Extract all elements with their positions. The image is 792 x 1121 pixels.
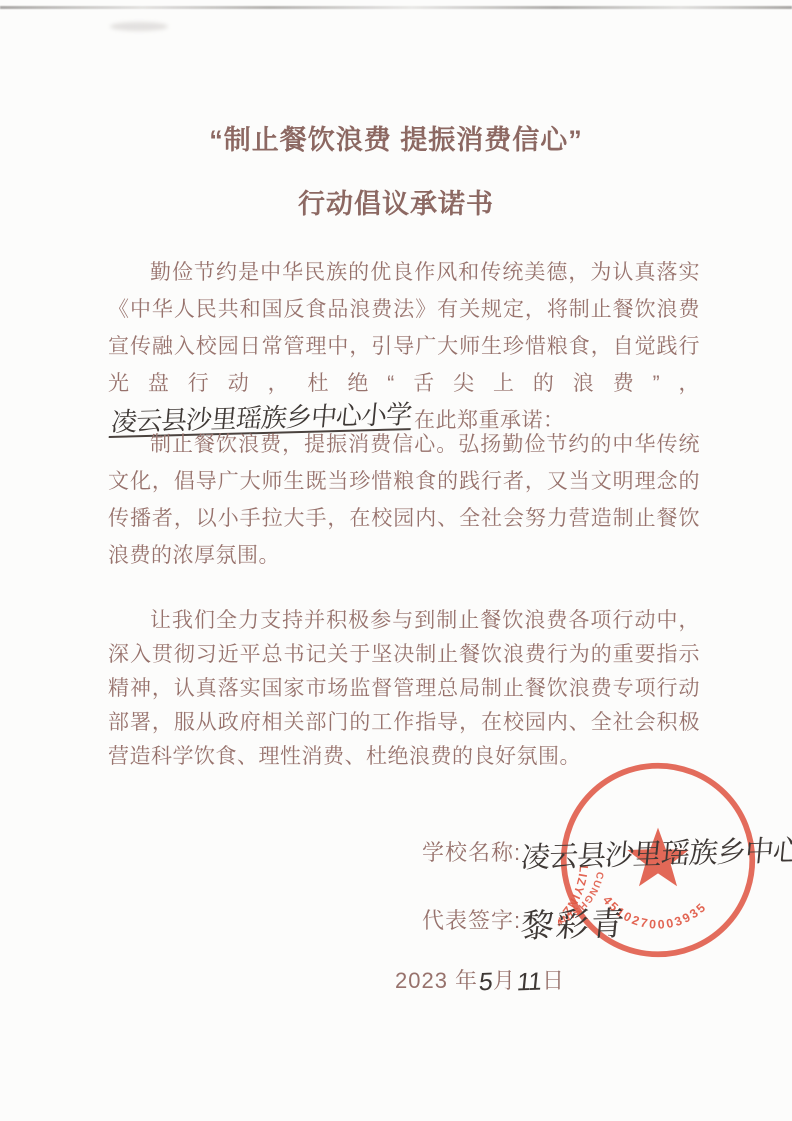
handwritten-school-name-signature: 凌云县沙里瑶族乡中心小学 — [520, 836, 792, 874]
school-name-label: 学校名称: — [422, 840, 521, 865]
school-name-row: 学校名称:凌云县沙里瑶族乡中心小学 — [422, 836, 792, 869]
handwritten-signer-name: 黎彩青 — [520, 907, 628, 943]
paragraph-intro-text-before: 勤俭节约是中华民族的优良作风和传统美德，为认真落实《中华人民共和国反食品浪费法》… — [108, 261, 700, 395]
paragraph-intro: 勤俭节约是中华民族的优良作风和传统美德，为认真落实《中华人民共和国反食品浪费法》… — [108, 254, 700, 439]
document-title-line1: “制止餐饮浪费 提振消费信心” — [0, 118, 792, 157]
representative-signature-label: 代表签字: — [422, 908, 521, 933]
date-month-unit: 月 — [493, 968, 516, 993]
scan-smudge-artifact — [110, 22, 168, 31]
paragraph-action: 让我们全力支持并积极参与到制止餐饮浪费各项行动中，深入贯彻习近平总书记关于坚决制… — [108, 604, 700, 774]
document-title-line2: 行动倡议承诺书 — [0, 182, 792, 221]
handwritten-date-day: 11 — [516, 970, 542, 996]
date-row: 2023 年5月11日 — [395, 964, 565, 995]
date-day-unit: 日 — [542, 968, 565, 993]
handwritten-date-month: 5 — [478, 970, 493, 995]
paragraph-pledge: 制止餐饮浪费，提振消费信心。弘扬勤俭节约的中华传统文化，倡导广大师生既当珍惜粮食… — [108, 426, 700, 574]
date-year-printed: 2023 年 — [395, 968, 478, 993]
scanned-document-page: “制止餐饮浪费 提振消费信心” 行动倡议承诺书 勤俭节约是中华民族的优良作风和传… — [0, 0, 792, 1121]
representative-signature-row: 代表签字:黎彩青 — [422, 904, 626, 941]
scan-edge-artifact — [0, 6, 792, 9]
